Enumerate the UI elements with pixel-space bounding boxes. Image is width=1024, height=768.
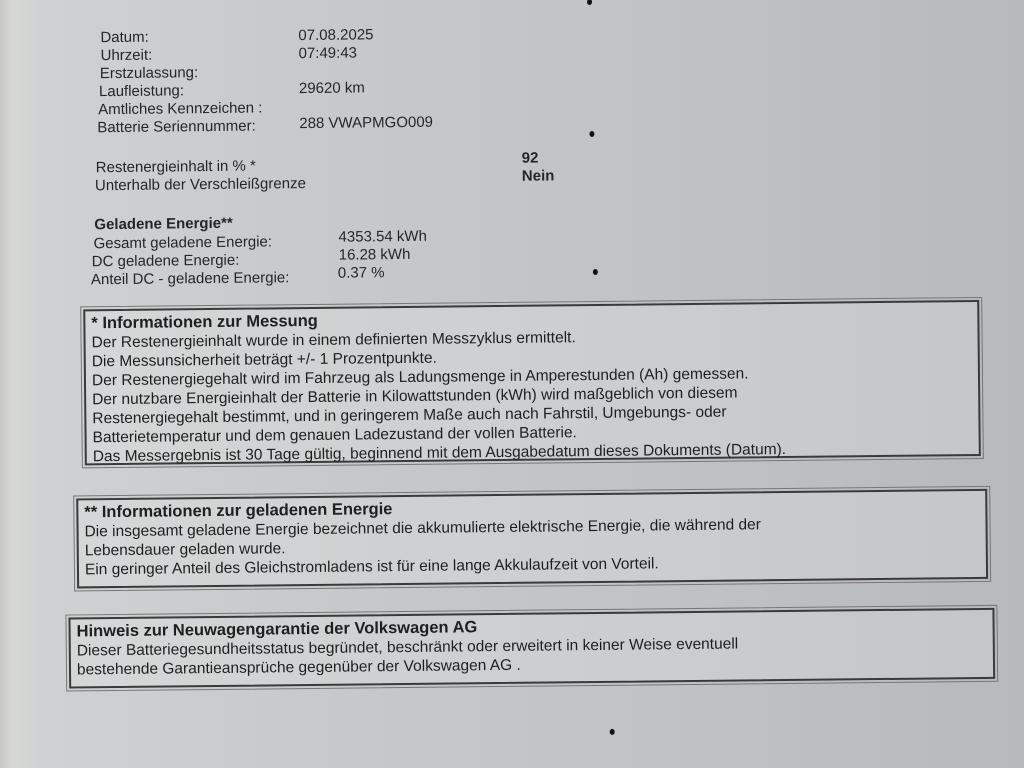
battery-serial-value: 288 VWAPMGO009 bbox=[299, 114, 433, 132]
time-value: 07:49:43 bbox=[298, 44, 357, 62]
time-label: Uhrzeit: bbox=[100, 47, 152, 65]
total-energy-value: 4353.54 kWh bbox=[338, 228, 427, 246]
mileage-value: 29620 km bbox=[299, 79, 365, 97]
mileage-label: Laufleistung: bbox=[99, 82, 184, 100]
below-wear-limit-label: Unterhalb der Verschleißgrenze bbox=[95, 175, 306, 194]
charged-energy-title: Geladene Energie** bbox=[94, 215, 233, 233]
license-plate-label: Amtliches Kennzeichen : bbox=[98, 99, 262, 118]
below-wear-limit-value: Nein bbox=[522, 167, 555, 184]
print-dot bbox=[610, 729, 615, 735]
residual-energy-value: 92 bbox=[522, 150, 539, 167]
print-dot bbox=[587, 0, 592, 5]
charged-energy-info-box: ** Informationen zur geladenen Energie D… bbox=[76, 489, 988, 589]
dc-share-label: Anteil DC - geladene Energie: bbox=[91, 269, 290, 288]
first-registration-label: Erstzulassung: bbox=[100, 64, 199, 82]
dc-energy-label: DC geladene Energie: bbox=[92, 252, 240, 271]
warranty-notice-box: Hinweis zur Neuwagengarantie der Volkswa… bbox=[68, 608, 995, 689]
date-value: 07.08.2025 bbox=[298, 26, 373, 44]
total-energy-label: Gesamt geladene Energie: bbox=[93, 233, 272, 252]
battery-state-section: Restenergieinhalt in % * 92 Unterhalb de… bbox=[0, 0, 1020, 5]
charged-energy-section: Geladene Energie** Gesamt geladene Energ… bbox=[0, 0, 1020, 5]
measurement-info-box: * Informationen zur Messung Der Restener… bbox=[83, 300, 981, 465]
date-label: Datum: bbox=[100, 29, 149, 47]
battery-serial-label: Batterie Seriennummer: bbox=[97, 118, 256, 137]
print-dot bbox=[589, 131, 594, 137]
battery-health-document: Datum: 07.08.2025 Uhrzeit: 07:49:43 Erst… bbox=[0, 0, 1024, 768]
print-dot bbox=[593, 269, 598, 275]
dc-share-value: 0.37 % bbox=[338, 264, 385, 281]
dc-energy-value: 16.28 kWh bbox=[339, 246, 411, 264]
residual-energy-label: Restenergieinhalt in % * bbox=[96, 158, 256, 177]
vehicle-info-section: Datum: 07.08.2025 Uhrzeit: 07:49:43 Erst… bbox=[0, 0, 1020, 5]
